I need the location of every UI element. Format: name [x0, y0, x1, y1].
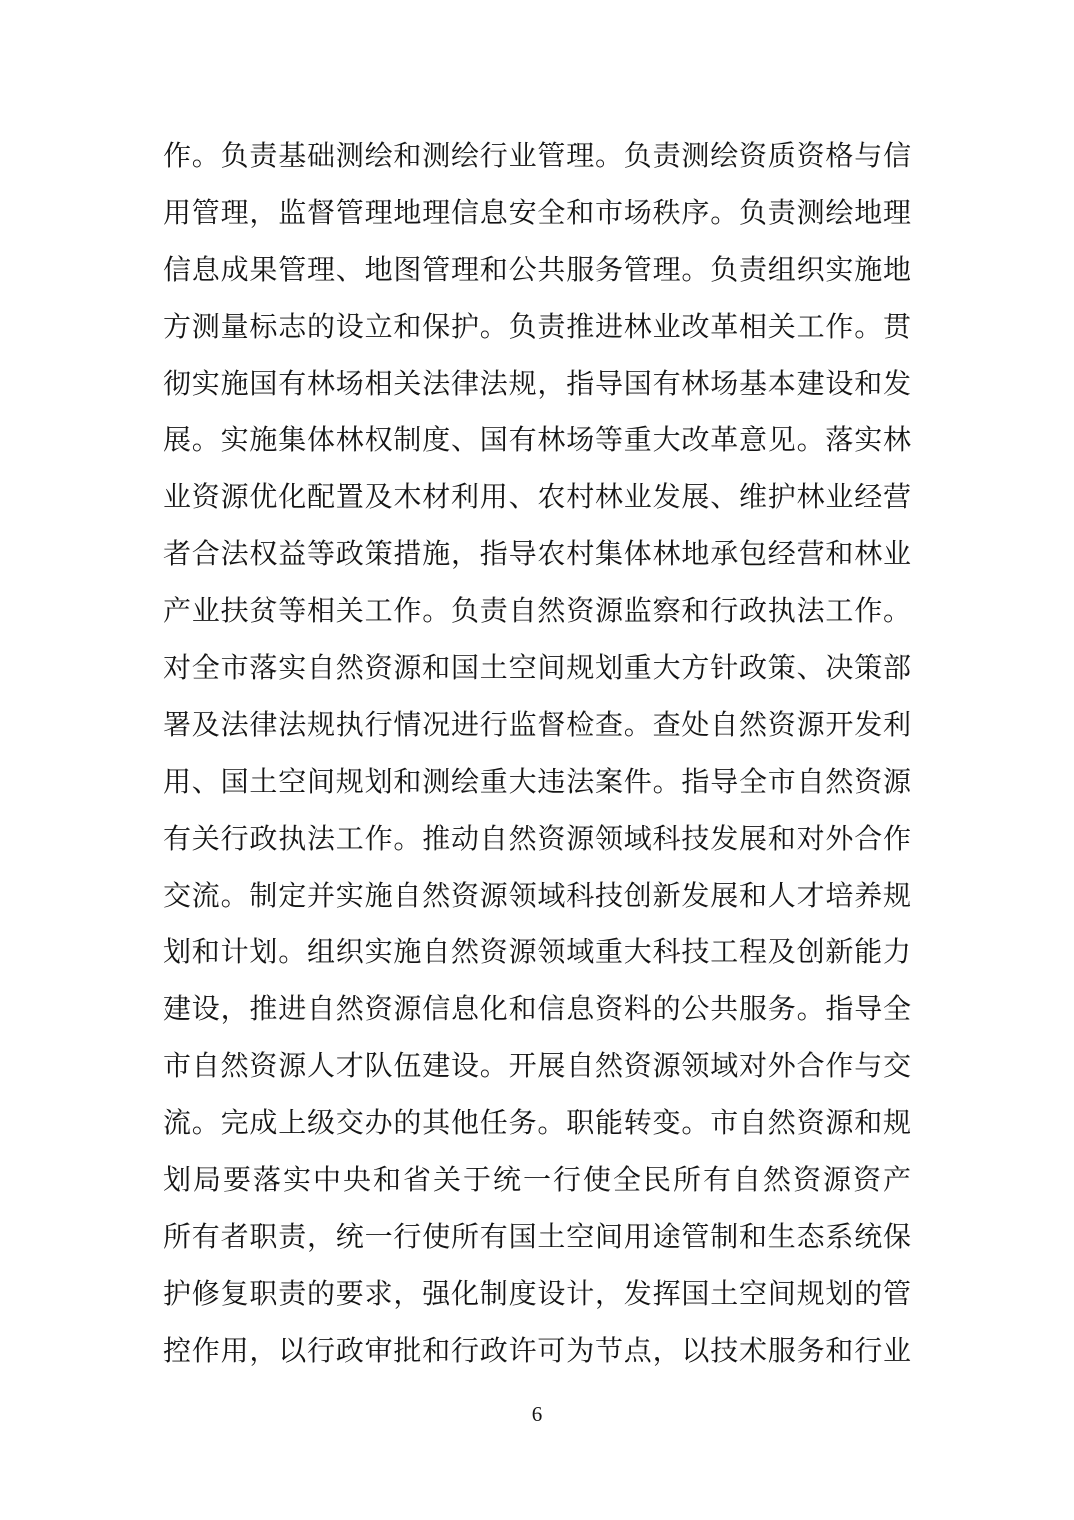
text-line: 流。完成上级交办的其他任务。职能转变。市自然资源和规 — [163, 1096, 911, 1153]
text-line: 用管理，监督管理地理信息安全和市场秩序。负责测绘地理 — [163, 186, 911, 243]
text-line: 有关行政执法工作。推动自然资源领域科技发展和对外合作 — [163, 812, 911, 869]
text-line: 对全市落实自然资源和国土空间规划重大方针政策、决策部 — [163, 641, 911, 698]
text-line: 展。实施集体林权制度、国有林场等重大改革意见。落实林 — [163, 413, 911, 470]
text-line: 方测量标志的设立和保护。负责推进林业改革相关工作。贯 — [163, 300, 911, 357]
text-line: 控作用，以行政审批和行政许可为节点，以技术服务和行业 — [163, 1324, 911, 1381]
page-number: 6 — [0, 1402, 1074, 1427]
document-page: 作。负责基础测绘和测绘行业管理。负责测绘资质资格与信 用管理，监督管理地理信息安… — [0, 0, 1074, 1520]
text-line: 交流。制定并实施自然资源领域科技创新发展和人才培养规 — [163, 869, 911, 926]
text-line: 业资源优化配置及木材利用、农村林业发展、维护林业经营 — [163, 470, 911, 527]
text-line: 建设，推进自然资源信息化和信息资料的公共服务。指导全 — [163, 982, 911, 1039]
text-line: 彻实施国有林场相关法律法规，指导国有林场基本建设和发 — [163, 357, 911, 414]
text-line: 护修复职责的要求，强化制度设计，发挥国土空间规划的管 — [163, 1267, 911, 1324]
text-line: 产业扶贫等相关工作。负责自然资源监察和行政执法工作。 — [163, 584, 911, 641]
text-line: 所有者职责，统一行使所有国土空间用途管制和生态系统保 — [163, 1210, 911, 1267]
text-line: 市自然资源人才队伍建设。开展自然资源领域对外合作与交 — [163, 1039, 911, 1096]
text-line: 署及法律法规执行情况进行监督检查。查处自然资源开发利 — [163, 698, 911, 755]
text-line: 信息成果管理、地图管理和公共服务管理。负责组织实施地 — [163, 243, 911, 300]
text-line: 者合法权益等政策措施，指导农村集体林地承包经营和林业 — [163, 527, 911, 584]
text-line: 划局要落实中央和省关于统一行使全民所有自然资源资产 — [163, 1153, 911, 1210]
body-text: 作。负责基础测绘和测绘行业管理。负责测绘资质资格与信 用管理，监督管理地理信息安… — [163, 129, 911, 1381]
text-line: 用、国土空间规划和测绘重大违法案件。指导全市自然资源 — [163, 755, 911, 812]
text-line: 划和计划。组织实施自然资源领域重大科技工程及创新能力 — [163, 925, 911, 982]
text-line: 作。负责基础测绘和测绘行业管理。负责测绘资质资格与信 — [163, 129, 911, 186]
